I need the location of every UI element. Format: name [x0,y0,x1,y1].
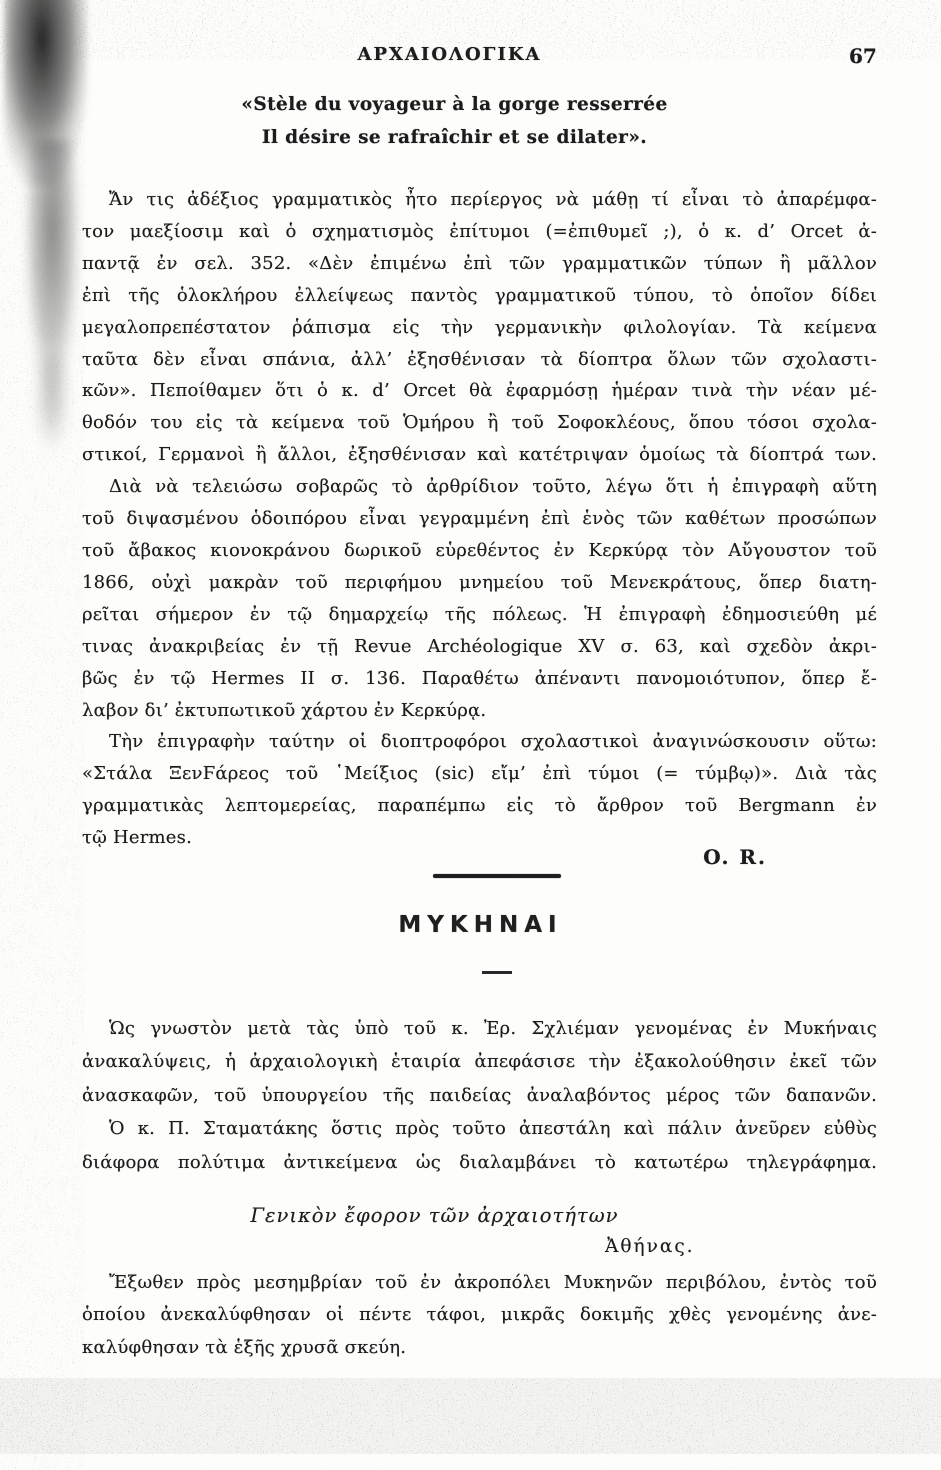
telegram-place: Ἀθήνας. [605,1236,695,1257]
text-line: τον μαεξίοσιμ καὶ ὁ σχηματισμὸς ἐπίτυμοι… [82,216,877,248]
text-line: ρεῖται σήμερον ἐν τῷ δημαρχείῳ τῆς πόλεω… [82,599,877,631]
text-line: θοδόν του εἰς τὰ κείμενα τοῦ Ὁμήρου ἢ το… [82,407,877,439]
section-divider-rule [433,874,561,878]
text-line: Ὁ κ. Π. Σταματάκης ὅστις πρὸς τοῦτο ἀπεσ… [82,1112,877,1145]
text-line: διάφορα πολύτιμα ἀντικείμενα ὡς διαλαμβά… [82,1146,877,1179]
text-line: καλύφθησαν τὰ ἑξῆς χρυσᾶ σκεύη. [82,1332,877,1364]
text-line: ἀνασκαφῶν, τοῦ ὑπουργείου τῆς παιδείας ἀ… [82,1079,877,1112]
text-line: βῶς ἐν τῷ Hermes II σ. 136. Παραθέτω ἀπέ… [82,663,877,695]
ink-smudge-left-edge [26,140,78,390]
scan-shadow-band [0,1378,941,1454]
epigraph: «Stèle du voyageur à la gorge resserrée … [57,88,852,154]
text-line: τοῦ ἄβακος κιονοκράνου δωρικοῦ εὑρεθέντο… [82,535,877,567]
author-initials: O. R. [82,845,877,869]
text-line: τοῦ διψασμένου ὁδοιπόρου εἶναι γεγραμμέν… [82,503,877,535]
text-line: Ὡς γνωστὸν μετὰ τὰς ὑπὸ τοῦ κ. Ἐρ. Σχλιέ… [82,1012,877,1045]
text-line: στικοί, Γερμανοὶ ἢ ἄλλοι, ἐξησθένισαν κα… [82,439,877,471]
text-line: κῶν». Πεποίθαμεν ὅτι ὁ κ. d’ Orcet θὰ ἐφ… [82,375,877,407]
text-line: παντᾷ ἐν σελ. 352. «Δὲν ἐπιμένω ἐπὶ τῶν … [82,248,877,280]
text-line: τινας ἀνακριβείας ἐν τῇ Revue Archéologi… [82,631,877,663]
scanned-journal-page: ΑΡΧΑΙΟΛΟΓΙΚΑ 67 «Stèle du voyageur à la … [0,0,941,1470]
text-line: ἀνακαλύψεις, ἡ ἀρχαιολογικὴ ἑταιρία ἀπεφ… [82,1045,877,1078]
text-line: ταῦτα δὲν εἶναι σπάνια, ἀλλ’ ἐξησθένισαν… [82,344,877,376]
article-body: Ἄν τις ἀδέξιος γραμματικὸς ἦτο περίεργος… [82,184,877,854]
text-line: ἐπὶ τῆς ὁλοκλήρου ἐλλείψεως παντὸς γραμμ… [82,280,877,312]
text-line: γραμματικὰς λεπτομερείας, παραπέμπω εἰς … [82,790,877,822]
section-title-mykenai: ΜΥΚΗΝΑΙ [10,912,941,938]
epigraph-line: Il désire se rafraîchir et se dilater». [57,121,852,154]
telegram-addressee: Γενικὸν ἔφορον τῶν ἀρχαιοτήτων [37,1204,832,1227]
text-line: Ἄν τις ἀδέξιος γραμματικὸς ἦτο περίεργος… [82,184,877,216]
running-header: ΑΡΧΑΙΟΛΟΓΙΚΑ [52,44,847,65]
text-line: Ἔξωθεν πρὸς μεσημβρίαν τοῦ ἐν ἀκροπόλει … [82,1267,877,1299]
mycenae-body: Ὡς γνωστὸν μετὰ τὰς ὑπὸ τοῦ κ. Ἐρ. Σχλιέ… [82,1012,877,1179]
ink-smudge-left-edge-lower [34,355,70,455]
text-line: ὁποίου ἀνεκαλύφθησαν οἱ πέντε τάφοι, μικ… [82,1299,877,1331]
epigraph-line: «Stèle du voyageur à la gorge resserrée [57,88,852,121]
telegram-body: Ἔξωθεν πρὸς μεσημβρίαν τοῦ ἐν ἀκροπόλει … [82,1267,877,1364]
text-line: Διὰ νὰ τελειώσω σοβαρῶς τὸ ἀρθρίδιον τοῦ… [82,471,877,503]
text-line: «Στάλα ΞενϜάρεος τοῦ ῾Μείξιος (sic) εἴμ’… [82,758,877,790]
title-dash [482,971,512,974]
page-number: 67 [849,44,877,68]
text-line: μεγαλοπρεπέστατον ῥάπισμα εἰς τὴν γερμαν… [82,312,877,344]
journal-title: ΑΡΧΑΙΟΛΟΓΙΚΑ [358,44,542,65]
text-line: λαβον δι’ ἐκτυπωτικοῦ χάρτου ἐν Κερκύρᾳ. [82,695,877,727]
text-line: Τὴν ἐπιγραφὴν ταύτην οἱ διοπτροφόροι σχο… [82,726,877,758]
text-line: 1866, οὐχὶ μακρὰν τοῦ περιφήμου μνημείου… [82,567,877,599]
